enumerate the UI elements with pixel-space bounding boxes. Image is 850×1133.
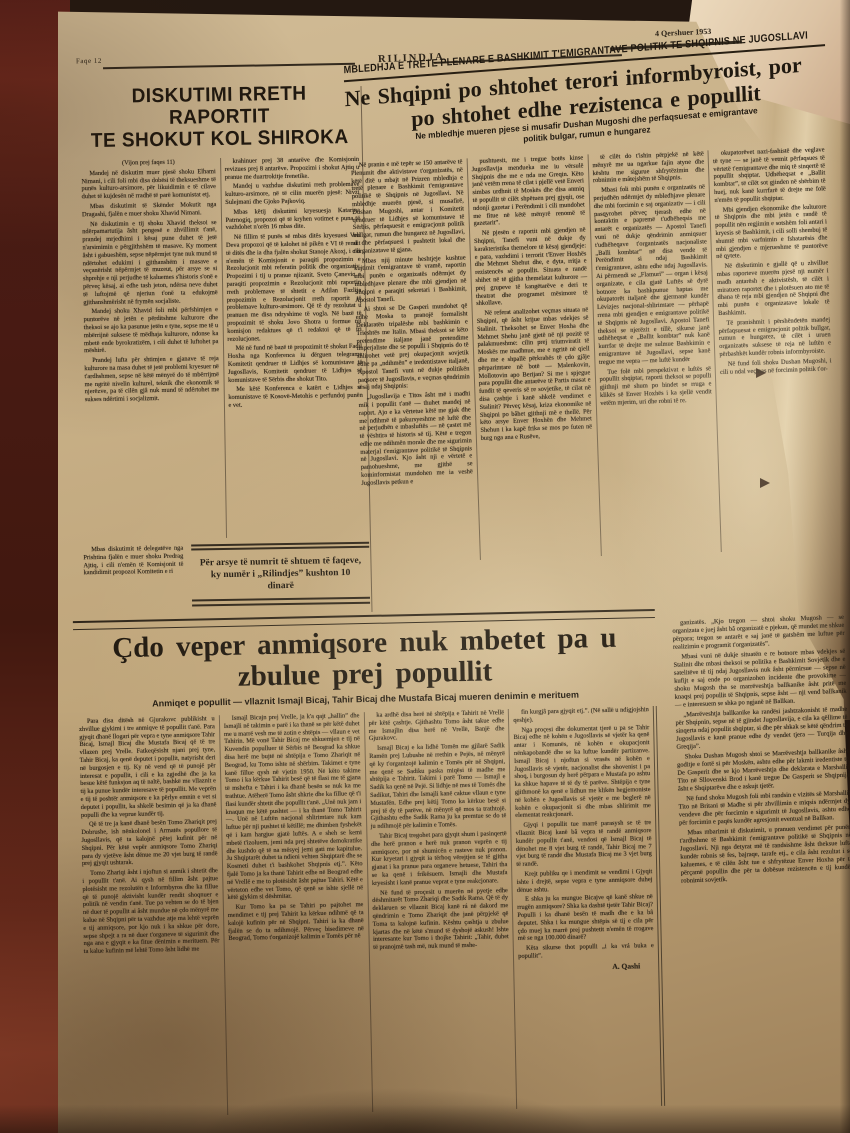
paragraph: Mbi gjendjen ekonomike dhe kulturore të … (715, 203, 828, 261)
plenum-continuation-column: ganizatës. „Kjo tregon — shtoi shoku Mug… (666, 614, 850, 1120)
paragraph: Kur Tomo ka pa se Tahiri po pajtohet me … (228, 901, 365, 943)
column: Ismajl Bicajn prej Vrelle, ja k'a qajt „… (219, 712, 372, 1115)
paragraph: Gjyqi i popullit tue marrë parasysh se t… (515, 819, 652, 869)
paragraph: Në fund foli shoku Dushan Mugoshi, i cil… (720, 357, 832, 376)
price-notice: Për arsye të numrit të shtuem të faqeve,… (197, 555, 364, 594)
column: Mbas diskutimit të delegatëve nga Prisht… (83, 545, 188, 609)
paragraph: Ismajl Bicajn prej Vrelle, ja k'a qajt „… (224, 712, 364, 902)
paragraph: Para disa ditësh në Gjurakovc publikisht… (79, 715, 217, 819)
paragraph: Ai shtoi se De Gasperi mundohet që edhe … (355, 303, 470, 392)
paragraph: Në pranin e më tepër se 150 antarëve të … (351, 158, 466, 255)
paragraph: okupatorëvet nazi-fashistë dhe veglave t… (713, 146, 826, 204)
paragraph: Shoku Dushan Mugosh shtoi se Marrëveshtj… (677, 748, 850, 794)
paragraph: Tue folë mbi perspektivat e luftës së po… (599, 365, 712, 408)
paragraph: Mbas këtij diskutimi kryesuesja Katarina… (225, 207, 360, 233)
trial-columns: Para disa ditësh në Gjurakovc publikisht… (75, 706, 665, 1118)
paragraph: Në diskutimin e gjallë që u zhvillue mba… (716, 259, 829, 317)
left-article-headline: DISKUTIMI RRETH RAPORTIT TE SHOKUT KOL S… (83, 82, 356, 152)
paragraph: Krejt publiku qe i mendimit se vendimi i… (516, 868, 652, 894)
paragraph: Mbas njij minute heshtjeje kushtue kujti… (354, 254, 467, 304)
column: krahinuer prej 38 antarëve dhe Komisjoni… (220, 156, 369, 538)
paragraph: Në fund të proçesit u muerën në pyetje e… (372, 887, 509, 952)
column: të cilët do t'ishin përpjekë në këtë mën… (587, 150, 721, 556)
paragraph: Mandej shoku Xhavid foli mbi përfshimjen… (83, 306, 218, 355)
continued-note: (Vijon prej faqes 11) (81, 158, 216, 168)
paragraph: Mbas diskutimit të delegatëve nga Prisht… (83, 545, 183, 578)
trial-article: Çdo veper anmiqsore nuk mbetet pa u zbul… (73, 609, 665, 1118)
column: ka ardhë disa herë në shtëpija e Tahirit… (363, 709, 516, 1112)
column: okupatorëvet nazi-fashistë dhe veglave t… (708, 146, 842, 552)
price-notice-box: Për arsye të numrit të shtuem të faqeve,… (191, 542, 370, 607)
plenum-article: MBLEDHJA E TRETE PLENARE E BASHKIMIT T'E… (343, 44, 841, 564)
paragraph: krahinuer prej 38 antarëve dhe Komisjoni… (225, 156, 360, 182)
paragraph: „Jugosllavija e Titos âsht më i madhi mi… (358, 390, 473, 487)
paragraph: Mandej në diskutim muer pjesë shoku Elha… (81, 168, 216, 201)
paragraph: ganizatës. „Kjo tregon — shtoi shoku Mug… (672, 614, 845, 652)
left-article-bottom-row: Mbas diskutimit të delegatëve nga Prisht… (83, 542, 370, 608)
left-article: DISKUTIMI RRETH RAPORTIT TE SHOKUT KOL S… (76, 82, 370, 608)
paragraph: Ismajl Bicaj e ka lidhë Tomën me gjilarë… (369, 742, 507, 831)
author-signature: A. Qashi (518, 962, 654, 973)
column: Në pranin e më tepër se 150 antarëve të … (347, 158, 480, 564)
paragraph: ka ardhë disa herë në shtëpija e Tahirit… (368, 709, 504, 743)
paragraph: Mbasi foli mbi punën e organizatës në pe… (593, 184, 711, 367)
paragraph: Në pjesën e raportit mbi gjendjen në Shq… (474, 227, 588, 309)
left-article-columns: (Vijon prej faqes 11) Mandej në diskutim… (77, 156, 369, 540)
column: fin kurgjâ para gjyqit etj.”. (Në sallë … (508, 706, 661, 1109)
column: Para disa ditësh në Gjurakovc publikisht… (75, 715, 227, 1118)
headline-line: DISKUTIMI RRETH RAPORTIT (83, 82, 355, 130)
paragraph: Në diskutimin e tij shoku Xhavid theksoi… (82, 219, 218, 307)
paragraph: „Marrëveshtja ballkanike ka randësi jash… (675, 706, 848, 752)
paragraph: Që të tre ja kanë dhanë besën Tomo Zhari… (81, 819, 218, 869)
page-number: Faqe 12 (76, 57, 102, 65)
paragraph: Mbasi vuni në dukje situatën e re botnor… (673, 648, 847, 710)
paragraph: të cilët do t'ishin përpjekë në këtë mën… (592, 150, 705, 185)
paragraph: Mbas mbarimit të diskutimit, u pranuen v… (679, 824, 850, 886)
paragraph: E shka ju ka mungue Bicajve që kanë shku… (517, 893, 654, 943)
paragraph: fin kurgjâ para gjyqit etj.”. (Në sallë … (513, 706, 649, 724)
paragraph: Këta sikurse thot populli „i ka vrá buka… (518, 942, 654, 960)
paragraph: Në fund shoku Mugosh foli mbi randsin e … (678, 790, 850, 828)
paragraph: Mandej u vazhdue diskutimi rreth problem… (225, 181, 360, 207)
column: pushtuesit, me i tregue botës kinse Jugo… (466, 154, 600, 560)
paragraph: Të pranishmit i përshëndetën mandej përf… (718, 316, 831, 359)
paragraph: pushtuesit, me i tregue botës kinse Jugo… (471, 154, 585, 228)
headline-line: TE SHOKUT KOL SHIROKA (84, 126, 356, 152)
paragraph: Prandej lufta për shtimjen e gjanave të … (84, 355, 219, 404)
column: (Vijon prej faqes 11) Mandej në diskutim… (77, 158, 225, 540)
paragraph: Më në fund në bazë të propozimit të shok… (228, 343, 363, 384)
paragraph: Në fillim të punës së mbas ditës kryesue… (226, 232, 362, 343)
paragraph: Me këtë Konferenca e katërt e Lidhjes së… (228, 384, 363, 410)
paragraph: Në referat analizohet veçmas situata në … (476, 306, 592, 442)
paragraph: Tahir Bicaj tregohet para gjyqit shum i … (371, 830, 508, 887)
paragraph: Tomo Zhariqi âsht i njoftun si anmik i s… (82, 867, 220, 956)
plenum-columns: Në pranin e më tepër se 150 antarëve të … (347, 146, 842, 564)
paragraph: Nga proçesi dhe dokumentat tjerë u pa se… (513, 724, 651, 820)
paragraph: Mbas diskutimit të Skënder Mokutit nga D… (82, 201, 217, 219)
